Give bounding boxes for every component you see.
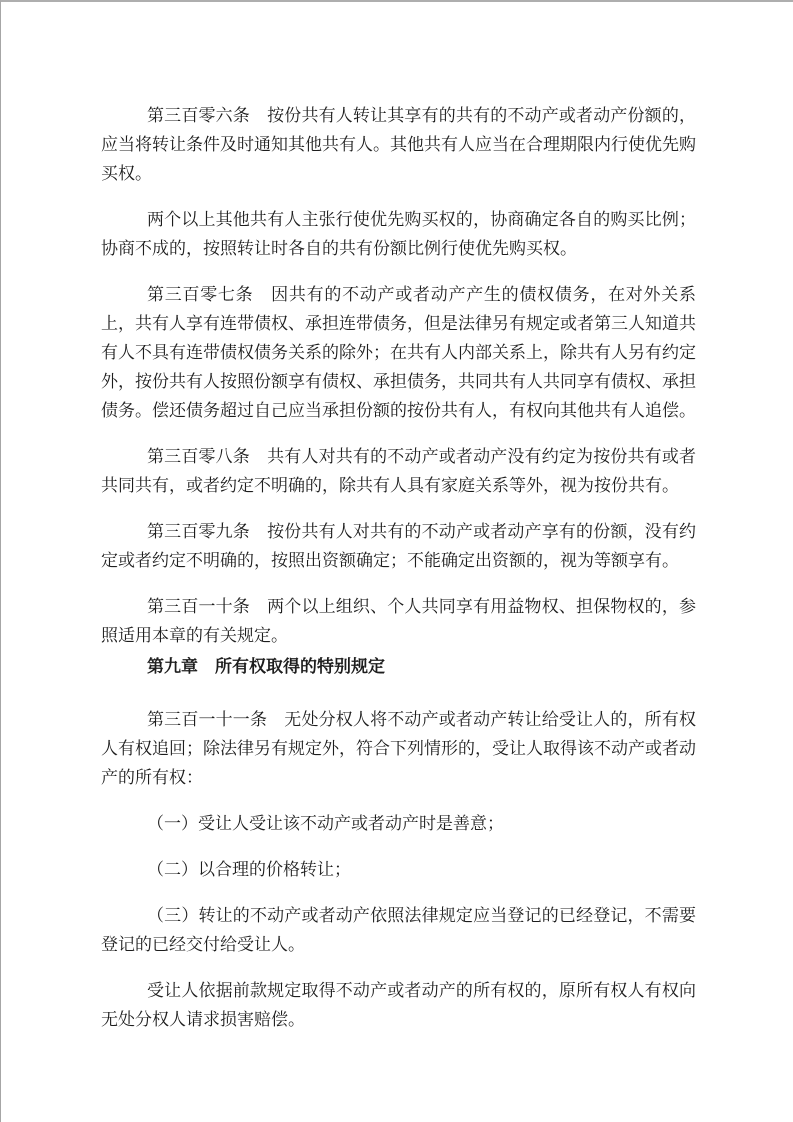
chapter-heading: 第九章 所有权取得的特别规定 — [101, 652, 696, 681]
law-paragraph: 第三百零八条 共有人对共有的不动产或者动产没有约定为按份共有或者共同共有，或者约… — [101, 442, 696, 500]
law-paragraph: （一）受让人受让该不动产或者动产时是善意； — [101, 809, 696, 838]
law-paragraph: 第三百一十条 两个以上组织、个人共同享有用益物权、担保物权的，参照适用本章的有关… — [101, 592, 696, 650]
document-content: 第三百零六条 按份共有人转让其享有的共有的不动产或者动产份额的，应当将转让条件及… — [1, 2, 793, 1034]
law-paragraph: 第三百一十一条 无处分权人将不动产或者动产转让给受让人的，所有权人有权追回；除法… — [101, 705, 696, 792]
law-paragraph: 第三百零六条 按份共有人转让其享有的共有的不动产或者动产份额的，应当将转让条件及… — [101, 101, 696, 188]
document-page: 第三百零六条 按份共有人转让其享有的共有的不动产或者动产份额的，应当将转让条件及… — [0, 0, 793, 1122]
law-paragraph: 两个以上其他共有人主张行使优先购买权的，协商确定各自的购买比例；协商不成的，按照… — [101, 205, 696, 263]
law-paragraph: （二）以合理的价格转让； — [101, 855, 696, 884]
law-paragraph: 第三百零七条 因共有的不动产或者动产产生的债权债务，在对外关系上，共有人享有连带… — [101, 280, 696, 425]
law-paragraph: 受让人依据前款规定取得不动产或者动产的所有权的，原所有权人有权向无处分权人请求损… — [101, 976, 696, 1034]
law-paragraph: （三）转让的不动产或者动产依照法律规定应当登记的已经登记，不需要登记的已经交付给… — [101, 901, 696, 959]
law-paragraph: 第三百零九条 按份共有人对共有的不动产或者动产享有的份额，没有约定或者约定不明确… — [101, 517, 696, 575]
